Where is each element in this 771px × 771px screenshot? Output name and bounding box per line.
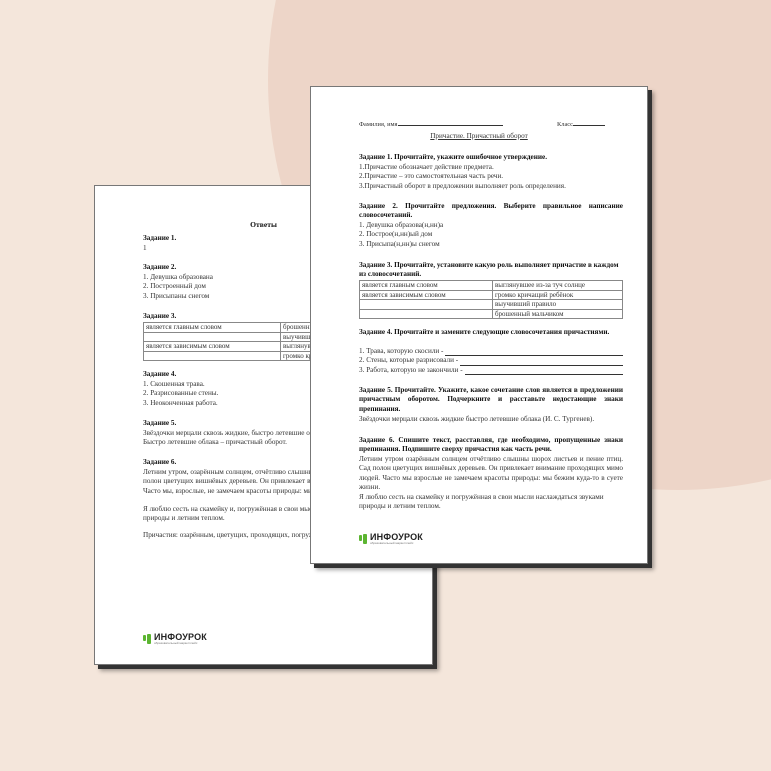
list-item: 2. Стены, которые разрисовали - (359, 356, 623, 365)
list-item: 3. Работа, которую не закончили - (359, 366, 623, 375)
answer-task2-heading: Задание 2. (143, 263, 176, 272)
list-item: 2. Построе(н,нн)ый дом (359, 230, 443, 239)
class-line (573, 125, 605, 126)
list-item: 1. Девушка образова(н,нн)а (359, 221, 443, 230)
table-cell: является зависимым словом (144, 342, 281, 352)
table-row: выучивший правило (360, 300, 623, 310)
infourok-logo-icon (143, 634, 151, 644)
task3-table: является главным словомвыглянувшее из-за… (359, 280, 623, 319)
task1-list: 1.Причастие обозначает действие предмета… (359, 163, 566, 191)
list-item: 1. Трава, которую скосили - (359, 347, 623, 356)
task1-heading: Задание 1. Прочитайте, укажите ошибочное… (359, 153, 619, 162)
table-row: является главным словомвыглянувшее из-за… (360, 281, 623, 291)
answer-line (445, 347, 623, 356)
table-cell: является главным словом (144, 323, 281, 333)
infourok-logo: ИНФОУРОК образовательный маркетплейс (143, 633, 207, 645)
list-item: 3.Причастный оборот в предложении выполн… (359, 182, 566, 191)
infourok-logo-icon (359, 534, 367, 544)
answer-task5-heading: Задание 5. (143, 419, 176, 428)
table-cell: является главным словом (360, 281, 493, 291)
answer-line (460, 356, 623, 365)
task2-list: 1. Девушка образова(н,нн)а 2. Построе(н,… (359, 221, 443, 249)
table-cell (144, 332, 281, 342)
list-item: 2. Разрисованные стены. (143, 389, 218, 398)
list-item: 1.Причастие обозначает действие предмета… (359, 163, 566, 172)
answer-line (465, 366, 623, 375)
task3-heading: Задание 3. Прочитайте, установите какую … (359, 261, 623, 280)
task2-heading: Задание 2. Прочитайте предложения. Выбер… (359, 202, 623, 221)
table-cell: брошенный мальчиком (493, 309, 623, 319)
answer-task4-heading: Задание 4. (143, 370, 176, 379)
task5-heading: Задание 5. Прочитайте. Укажите, какое со… (359, 386, 623, 414)
task4-heading: Задание 4. Прочитайте и замените следующ… (359, 328, 623, 337)
table-cell: является зависимым словом (360, 290, 493, 300)
table-cell: громко кричащий ребёнок (493, 290, 623, 300)
list-item: 2.Причастие – это самостоятельная часть … (359, 172, 566, 181)
answer-task6-heading: Задание 6. (143, 458, 176, 467)
table-cell: выучивший правило (493, 300, 623, 310)
answer-task3-heading: Задание 3. (143, 312, 176, 321)
list-item: 3. Присыпа(н,нн)ы снегом (359, 240, 443, 249)
class-field: Класс (557, 120, 605, 129)
worksheet-page: Фамилия, имя Класс Причастие. Причастный… (310, 86, 648, 564)
task6-text1: Летним утром озарённым солнцем отчётливо… (359, 455, 623, 493)
table-cell (360, 309, 493, 319)
table-cell: выглянувшее из-за туч солнце (493, 281, 623, 291)
infourok-logo: ИНФОУРОК образовательный маркетплейс (359, 533, 423, 545)
table-row: брошенный мальчиком (360, 309, 623, 319)
table-cell (144, 351, 281, 361)
list-item: 3. Неоконченная работа. (143, 399, 218, 408)
answer-task1-heading: Задание 1. (143, 234, 176, 243)
worksheet-title: Причастие. Причастный оборот (311, 132, 647, 141)
task4-list: 1. Трава, которую скосили - 2. Стены, ко… (359, 347, 623, 375)
answer-task1-value: 1 (143, 244, 147, 253)
table-cell (360, 300, 493, 310)
name-line (398, 125, 503, 126)
table-row: является зависимым словомгромко кричащий… (360, 290, 623, 300)
task6-text2: Я люблю сесть на скамейку и погружённая … (359, 493, 609, 512)
name-field: Фамилия, имя (359, 120, 503, 129)
task5-text: Звёздочки мерцали сквозь жидкие быстро л… (359, 415, 629, 424)
list-item: 1. Скошенная трава. (143, 380, 218, 389)
answer-task4-list: 1. Скошенная трава. 2. Разрисованные сте… (143, 380, 218, 408)
task6-heading: Задание 6. Спишите текст, расставляя, гд… (359, 436, 623, 455)
